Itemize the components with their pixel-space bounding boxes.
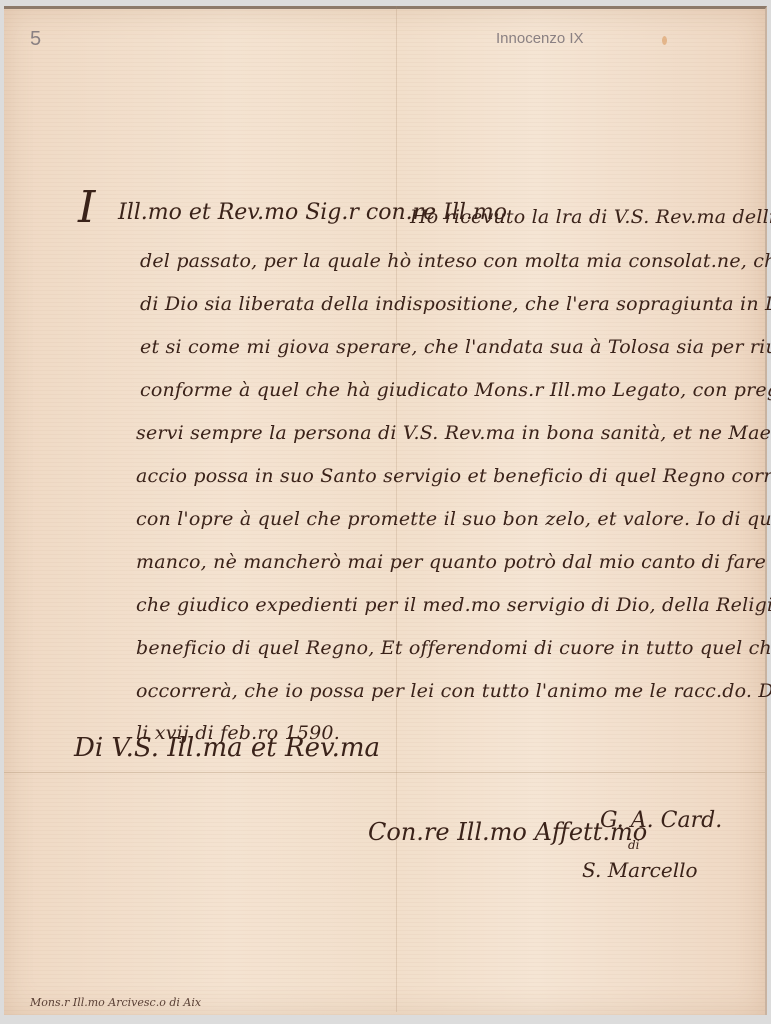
corner-number: 5 — [30, 28, 41, 51]
body-line: del passato, per la quale hò inteso con … — [140, 250, 771, 272]
archival-pencil-note: Innocenzo IX — [496, 30, 584, 47]
body-line: conforme à quel che hà giudicato Mons.r … — [140, 379, 771, 401]
body-line: occorrerà, che io possa per lei con tutt… — [136, 680, 771, 702]
signature-di: di — [628, 838, 640, 852]
signature-title: S. Marcello — [582, 858, 698, 882]
body-line: con l'opre à quel che promette il suo bo… — [136, 508, 771, 530]
body-line: Hò ricevuto la lra di V.S. Rev.ma delli … — [410, 206, 771, 228]
signature-name: G. A. Card. — [600, 808, 722, 833]
body-line: manco, nè mancherò mai per quanto potrò … — [136, 551, 771, 573]
body-line: et si come mi giova sperare, che l'andat… — [140, 336, 771, 358]
footer-address: Mons.r Ill.mo Arcivesc.o di Aix — [30, 996, 201, 1009]
body-line: beneficio di quel Regno, Et offerendomi … — [136, 637, 771, 659]
horizontal-fold-crease — [4, 772, 765, 773]
paper-stain — [662, 36, 667, 45]
body-line: che giudico expedienti per il med.mo ser… — [136, 594, 771, 616]
salutation-initial: I — [78, 186, 95, 230]
body-line: di Dio sia liberata della indispositione… — [140, 293, 771, 315]
closing: Di V.S. Ill.ma et Rev.ma — [74, 733, 380, 763]
body-line: accio possa in suo Santo servigio et ben… — [136, 465, 771, 487]
body-line: servi sempre la persona di V.S. Rev.ma i… — [136, 422, 771, 444]
